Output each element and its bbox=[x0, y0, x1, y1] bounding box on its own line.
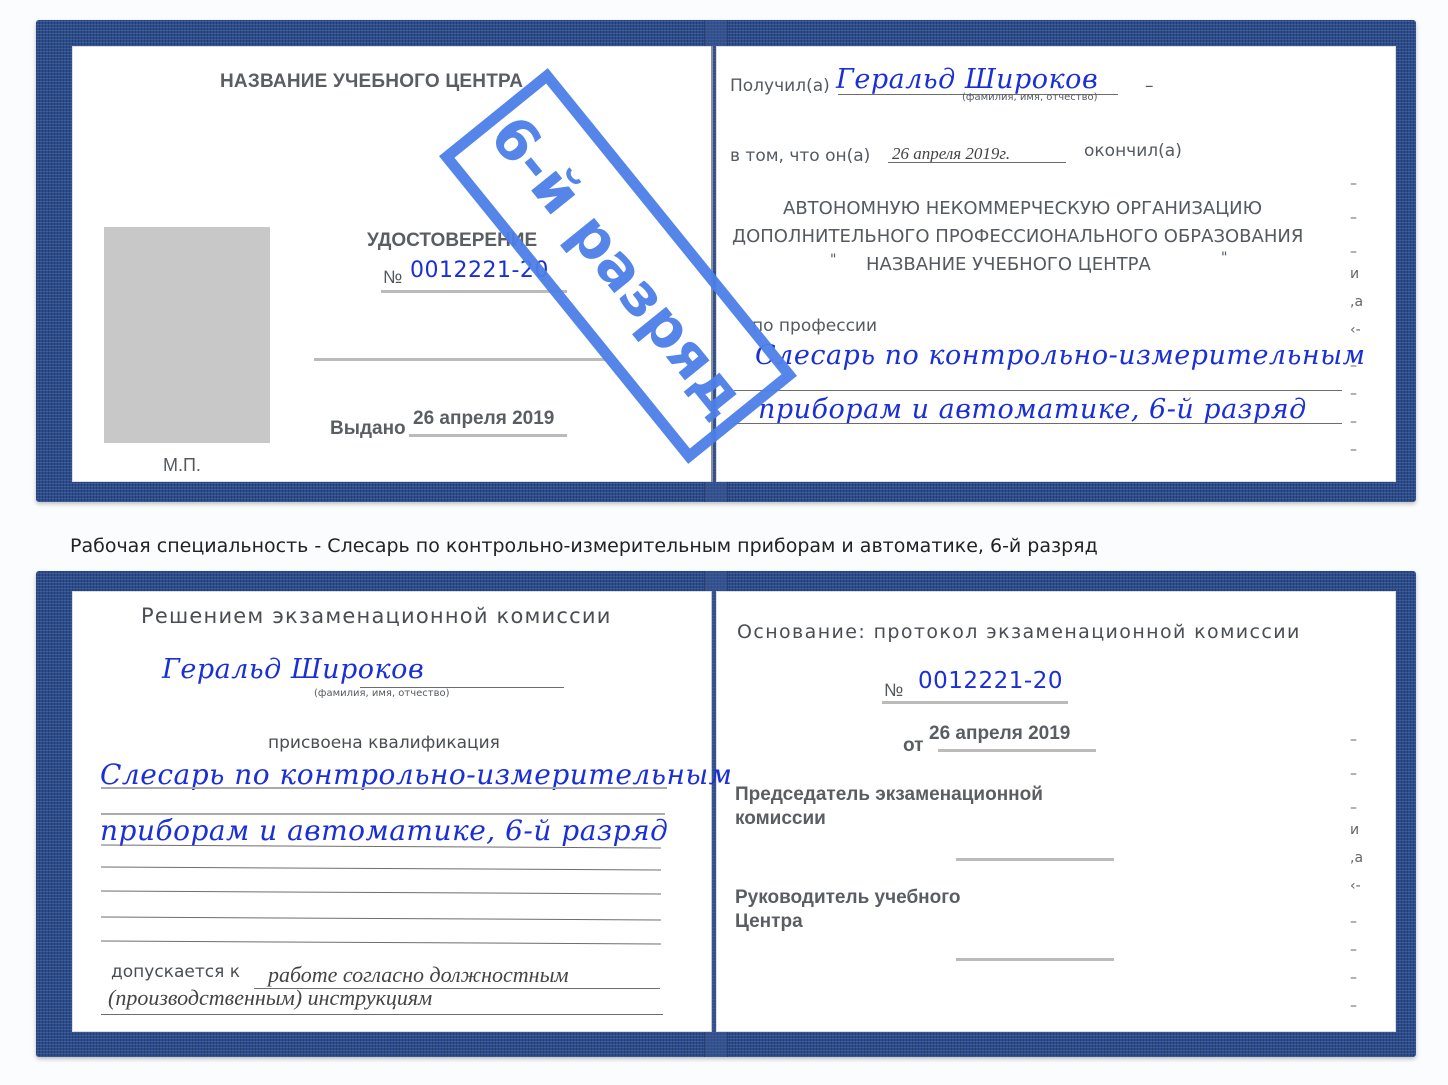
finished-label: окончил(а) bbox=[1084, 141, 1182, 161]
that-label: в том, что он(а) bbox=[730, 146, 870, 166]
received-name: Геральд Широков bbox=[836, 64, 1098, 95]
basis-title: Основание: протокол экзаменационной коми… bbox=[737, 621, 1301, 643]
qualification-underline-1 bbox=[101, 787, 667, 789]
org-line-3-quote-open: " bbox=[830, 252, 836, 268]
chairman-signature-line bbox=[956, 858, 1114, 861]
bottom-page-divider bbox=[711, 591, 712, 1032]
profession-label: по профессии bbox=[752, 316, 877, 336]
director-line-1: Руководитель учебного bbox=[735, 887, 961, 909]
received-name-hint: (фамилия, имя, отчество) bbox=[962, 92, 1098, 103]
profession-underline-2 bbox=[734, 423, 1342, 424]
person-name: Геральд Широков bbox=[162, 654, 424, 685]
seal-label: М.П. bbox=[163, 455, 201, 476]
protocol-number-label: № bbox=[884, 680, 903, 701]
director-line-2: Центра bbox=[735, 911, 803, 933]
edge-mark: – bbox=[1350, 914, 1357, 930]
protocol-date-underline bbox=[938, 749, 1096, 752]
edge-mark: – bbox=[1350, 800, 1357, 816]
protocol-date: 26 апреля 2019 bbox=[929, 723, 1070, 745]
issued-label: Выдано bbox=[330, 418, 406, 440]
protocol-number-underline bbox=[882, 701, 1068, 704]
number-underline bbox=[381, 290, 567, 293]
signature-line bbox=[314, 358, 606, 361]
edge-mark: – bbox=[1350, 386, 1357, 402]
protocol-number: 0012221-20 bbox=[918, 668, 1063, 694]
person-name-hint: (фамилия, имя, отчество) bbox=[314, 688, 450, 699]
issued-date: 26 апреля 2019 bbox=[413, 408, 554, 430]
edge-mark: – bbox=[1350, 210, 1357, 226]
qualification-line-2: приборам и автоматике, 6-й разряд bbox=[100, 814, 668, 847]
protocol-date-label: от bbox=[903, 735, 923, 757]
org-line-2: ДОПОЛНИТЕЛЬНОГО ПРОФЕССИОНАЛЬНОГО ОБРАЗО… bbox=[732, 226, 1303, 247]
received-label: Получил(а) bbox=[730, 76, 830, 96]
edge-mark: и bbox=[1350, 822, 1359, 838]
photo-placeholder bbox=[104, 227, 270, 443]
edge-mark: ‹- bbox=[1350, 322, 1361, 338]
edge-mark: – bbox=[1350, 358, 1357, 374]
edge-mark: – bbox=[1350, 244, 1357, 260]
profession-underline-1 bbox=[734, 390, 1342, 391]
issued-underline bbox=[409, 434, 567, 437]
commission-title: Решением экзаменационной комиссии bbox=[141, 604, 612, 628]
edge-mark: – bbox=[1350, 970, 1357, 986]
chairman-line-2: комиссии bbox=[735, 808, 826, 830]
edge-mark: ‹- bbox=[1350, 878, 1361, 894]
org-line-3: НАЗВАНИЕ УЧЕБНОГО ЦЕНТРА bbox=[866, 254, 1151, 275]
edge-mark: – bbox=[1350, 942, 1357, 958]
org-line-3-quote-close: " bbox=[1221, 250, 1227, 266]
number-label: № bbox=[383, 267, 402, 288]
specialty-caption: Рабочая специальность - Слесарь по контр… bbox=[70, 532, 1110, 561]
edge-mark: – bbox=[1350, 176, 1357, 192]
edge-mark: – bbox=[1350, 766, 1357, 782]
edge-mark: – bbox=[1350, 732, 1357, 748]
admitted-underline-2 bbox=[101, 1014, 663, 1015]
edge-mark: – bbox=[1350, 998, 1357, 1014]
qualification-label: присвоена квалификация bbox=[268, 733, 500, 753]
received-dash: – bbox=[1145, 76, 1154, 96]
edge-mark: ,а bbox=[1350, 850, 1363, 866]
admitted-line-2: (производственным) инструкциям bbox=[108, 985, 432, 1011]
profession-line-2: приборам и автоматике, 6-й разряд bbox=[758, 394, 1307, 425]
org-line-1: АВТОНОМНУЮ НЕКОММЕРЧЕСКУЮ ОРГАНИЗАЦИЮ bbox=[783, 198, 1262, 219]
center-name-heading: НАЗВАНИЕ УЧЕБНОГО ЦЕНТРА bbox=[220, 71, 523, 93]
chairman-line-1: Председатель экзаменационной bbox=[735, 784, 1043, 806]
edge-mark: ,а bbox=[1350, 294, 1363, 310]
director-signature-line bbox=[956, 958, 1114, 961]
edge-mark: – bbox=[1350, 442, 1357, 458]
edge-mark: и bbox=[1350, 266, 1359, 282]
finish-date: 26 апреля 2019г. bbox=[892, 144, 1010, 164]
admitted-label: допускается к bbox=[111, 962, 240, 982]
profession-line-1: Слесарь по контрольно-измерительным bbox=[755, 340, 1366, 371]
edge-mark: – bbox=[1350, 414, 1357, 430]
finish-date-underline bbox=[888, 162, 1066, 163]
